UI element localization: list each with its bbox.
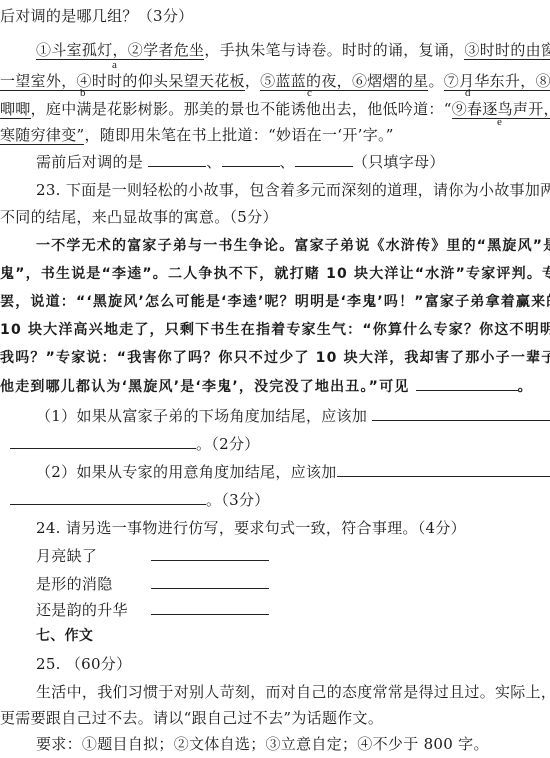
- q24-line-3: 还是韵的升华: [36, 600, 550, 620]
- underlined-group-10-cont: 寒随穷律变”: [0, 126, 84, 145]
- sub2-answer-blank-a[interactable]: [337, 462, 550, 477]
- marker-c: c: [307, 88, 312, 99]
- sub-question-2: （2）如果从专家的用意角度加结尾，应该加: [36, 462, 550, 482]
- underlined-group-7-8: ⑦月华东升，⑧虫声: [444, 72, 550, 91]
- story-line-6: 他走到哪儿都认为‘黑旋风’是‘李鬼’，没完没了地出丑。”可见 。: [0, 376, 550, 397]
- underlined-group-4: ④时时的仰头呆望天花板: [77, 72, 245, 91]
- q24-answer-blank-1[interactable]: [151, 546, 269, 561]
- sub1-answer-blank-a[interactable]: [372, 406, 550, 421]
- sub2-answer-blank-b[interactable]: [10, 490, 206, 505]
- question-25-label: 25. （60分）: [36, 654, 550, 674]
- question-24-stem: 24. 请另选一事物进行仿写，要求句式一致，符合事理。（4分）: [36, 518, 550, 538]
- question-23-stem-line-1: 23. 下面是一则轻松的小故事，包含着多元而深刻的道理，请你为小故事加两个: [36, 180, 550, 200]
- answer-line-q22: 需前后对调的是 、、（只填字母）: [36, 152, 550, 172]
- sub1-answer-blank-b[interactable]: [10, 434, 196, 449]
- sub-question-1-cont: 。（2分）: [10, 434, 550, 454]
- q24-line-2: 是形的消隐: [36, 574, 550, 594]
- marker-a: a: [112, 60, 117, 71]
- essay-requirements: 要求：①题目自拟；②文体自选；③立意自定；④不少于 800 字。: [36, 734, 550, 754]
- story-conclusion-blank[interactable]: [416, 376, 518, 391]
- question-22-tail-line: 后对调的是哪几组？（3分）: [0, 6, 550, 26]
- story-line-2: 鬼”，书生说是“李逵”。二人争执不下，就打赌 10 块大洋让“水浒”专家评判。专…: [0, 264, 550, 284]
- underlined-group-1-2: ①斗室孤灯，②学者危坐: [36, 41, 204, 60]
- answer-blank-1[interactable]: [148, 152, 206, 167]
- story-line-4: 10 块大洋高兴地走了，只剩下书生在指着专家生气：“你算什么专家？你这不明明害: [0, 320, 550, 340]
- underlined-group-8-cont: 唧唧: [0, 100, 31, 119]
- essay-prompt-line-1: 生活中，我们习惯于对别人苛刻，而对自己的态度常常是得过且过。实际上，我们: [36, 682, 550, 702]
- q24-answer-blank-2[interactable]: [151, 574, 269, 589]
- answer-blank-3[interactable]: [295, 152, 353, 167]
- underlined-group-5-6: ⑤蓝蓝的夜，⑥熠熠的星: [260, 72, 428, 91]
- passage-line-4: 寒随穷律变”，随即用朱笔在书上批道：“妙语在一‘开’字。”: [0, 125, 550, 145]
- story-line-1: 一不学无术的富家子弟与一书生争论。富家子弟说《水浒传》里的“黑旋风”是“李: [36, 236, 550, 256]
- sub-question-2-cont: 。（3分）: [10, 490, 550, 510]
- underlined-group-3-cont: 一望室外，: [0, 72, 77, 91]
- passage-line-3: 唧唧，庭中满是花影树影。那美的景也不能诱他出去，他低吟道：“⑨春逐鸟声开，⑩: [0, 99, 550, 119]
- q24-line-1: 月亮缺了: [36, 546, 550, 566]
- answer-blank-2[interactable]: [222, 152, 280, 167]
- underlined-group-3: ③时时的由窗中望: [464, 41, 550, 60]
- sub-question-1: （1）如果从富家子弟的下场角度加结尾，应该加: [36, 406, 550, 426]
- story-line-5: 我吗？”专家说：“我害你了吗？你只不过少了 10 块大洋，我却害了那小子一辈子，…: [0, 348, 550, 368]
- essay-prompt-line-2: 更需要跟自己过不去。请以“跟自己过不去”为话题作文。: [0, 708, 550, 728]
- q24-answer-blank-3[interactable]: [151, 600, 269, 615]
- story-line-3: 罢，说道：“‘黑旋风’怎么可能是‘李逵’呢？明明是‘李鬼’吗！”富家子弟拿着赢来…: [0, 292, 550, 312]
- question-23-stem-line-2: 不同的结尾，来凸显故事的寓意。（5分）: [0, 207, 550, 227]
- marker-b: b: [80, 88, 86, 99]
- marker-d: d: [465, 88, 471, 99]
- passage-line-1: ①斗室孤灯，②学者危坐，手执朱笔与诗卷。时时的诵，复诵，③时时的由窗中望: [36, 40, 550, 60]
- section-7-title: 七、作文: [36, 626, 550, 646]
